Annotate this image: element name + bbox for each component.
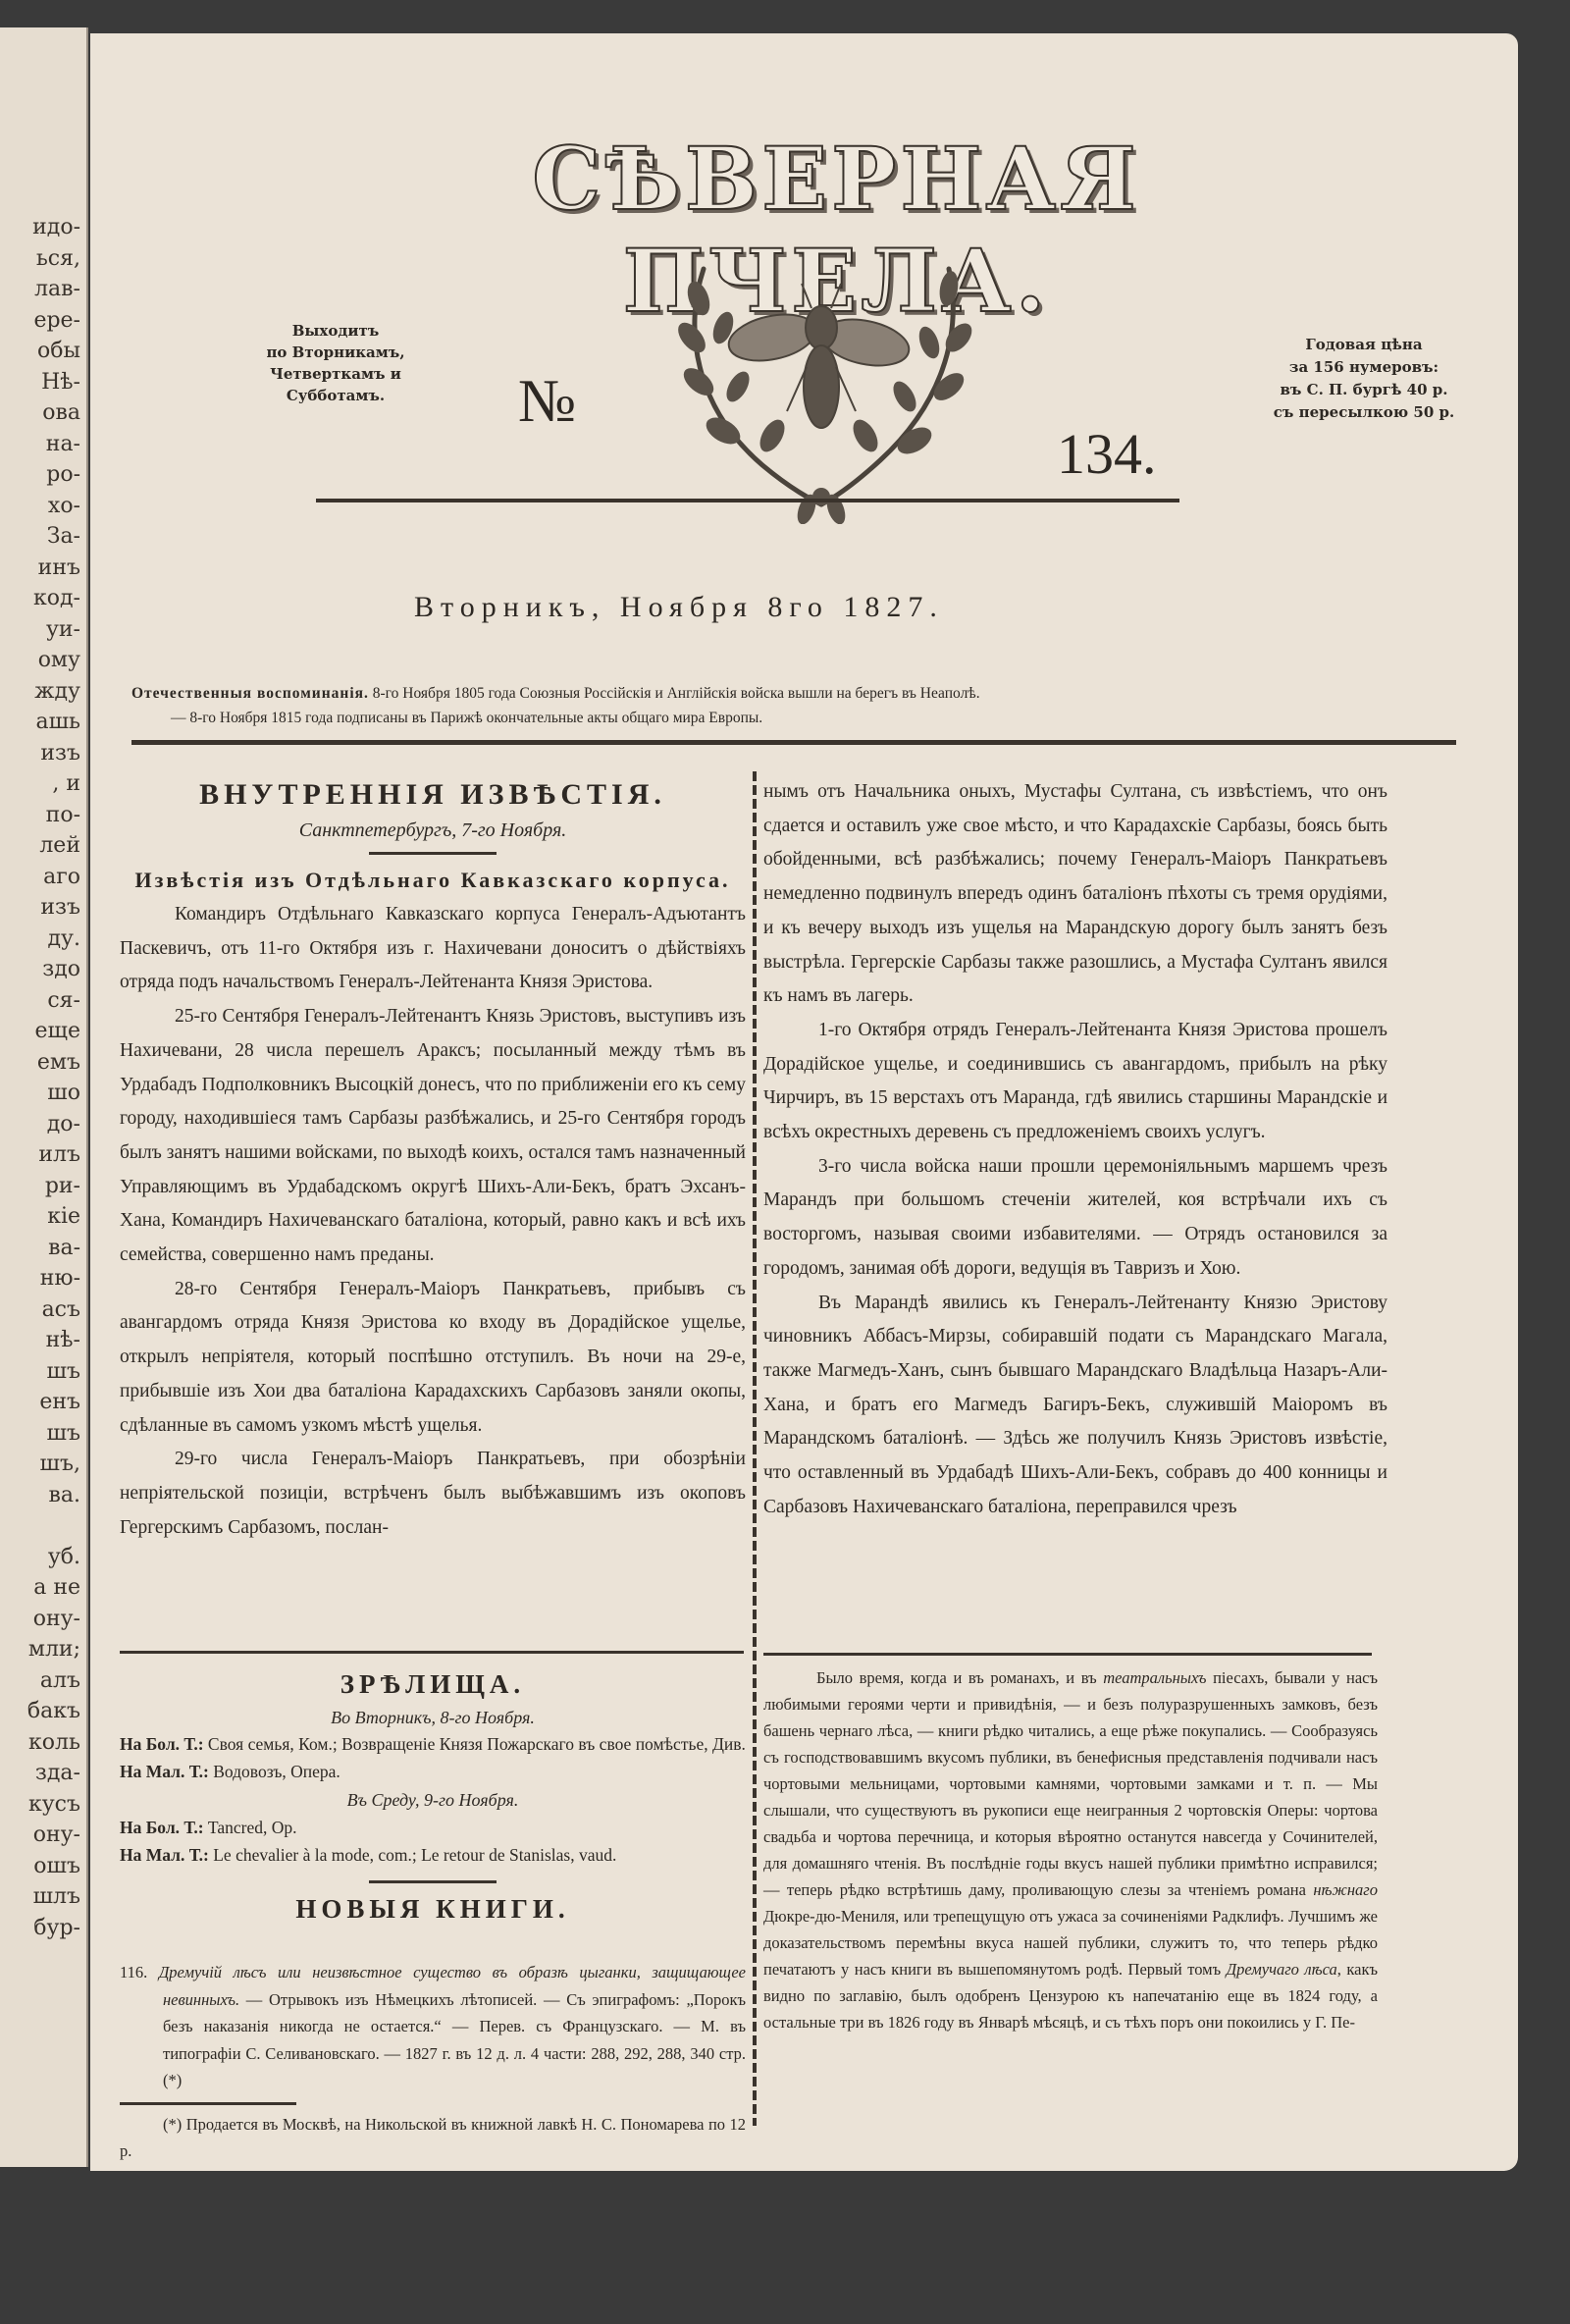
previous-page-line: обы xyxy=(0,336,86,367)
previous-page-line: шъ xyxy=(0,1356,86,1388)
previous-page-line: здо xyxy=(0,954,86,985)
venue: На Бол. Т.: xyxy=(120,1734,204,1754)
previous-page-line: кусъ xyxy=(0,1789,86,1821)
previous-page-line: а не xyxy=(0,1572,86,1604)
previous-page-line: , и xyxy=(0,768,86,800)
price-line: въ С. П. бургѣ 40 р. xyxy=(1256,379,1472,401)
previous-page-line: лав- xyxy=(0,274,86,305)
previous-page-line: ому xyxy=(0,645,86,676)
previous-page-line: ри- xyxy=(0,1171,86,1202)
review-text: Было время, когда и въ романахъ, и въ xyxy=(816,1668,1103,1687)
memorial-text-2: — 8-го Ноября 1815 года подписаны въ Пар… xyxy=(131,706,1446,730)
theatre-row: На Мал. Т.: Водовозъ, Опера. xyxy=(120,1759,746,1786)
previous-page-line: ва. xyxy=(0,1480,86,1511)
price-line: Годовая цѣна xyxy=(1256,334,1472,356)
review-italic: Дремучаго лѣса xyxy=(1227,1960,1337,1979)
article-paragraph: Командиръ Отдѣльнаго Кавказскаго корпуса… xyxy=(120,898,746,1000)
previous-page-line: кіе xyxy=(0,1201,86,1233)
previous-page-line: шъ, xyxy=(0,1449,86,1480)
theatre-row: На Бол. Т.: Своя семья, Ком.; Возвращені… xyxy=(120,1731,746,1759)
previous-page-line: алъ xyxy=(0,1665,86,1697)
previous-page-line: бакъ xyxy=(0,1696,86,1727)
review-text: піесахъ, бывали у насъ любимыми героями … xyxy=(763,1668,1378,1899)
program: Tancred, Op. xyxy=(208,1818,297,1837)
review-italic: театральныхъ xyxy=(1103,1668,1206,1687)
book-footnote: (*) Продается въ Москвѣ, на Никольской в… xyxy=(120,2111,746,2165)
article-paragraph: 1-го Октября отрядъ Генералъ-Лейтенанта … xyxy=(763,1014,1387,1150)
previous-page-line: шъ xyxy=(0,1418,86,1450)
previous-page-line: уб. xyxy=(0,1542,86,1573)
previous-page-line: ошъ xyxy=(0,1851,86,1882)
venue: На Мал. Т.: xyxy=(120,1845,209,1865)
previous-page-line: до- xyxy=(0,1109,86,1140)
previous-page-line: ню- xyxy=(0,1263,86,1294)
previous-page-line: ону- xyxy=(0,1604,86,1635)
short-rule xyxy=(369,1880,497,1883)
left-column: ВНУТРЕННІЯ ИЗВѢСТІЯ. Санктпетербургъ, 7-… xyxy=(120,775,746,1545)
schedule-line: Выходитъ xyxy=(237,320,434,342)
section-rule xyxy=(131,740,1456,745)
previous-page-line: ова xyxy=(0,397,86,429)
previous-page-line: ду. xyxy=(0,924,86,955)
schedule-line: по Вторникамъ, xyxy=(237,342,434,363)
masthead-rule xyxy=(316,499,1179,502)
right-column: нымъ отъ Начальника оныхъ, Мустафы Султа… xyxy=(763,775,1387,1524)
memorial-notice: Отечественныя воспоминанія. 8-го Ноября … xyxy=(131,681,1446,730)
section-rule xyxy=(120,1651,744,1654)
previous-page-line: на- xyxy=(0,429,86,460)
previous-page-line: ере- xyxy=(0,305,86,337)
previous-page-text-lower: ню-асънѣ-шъенъшъшъ,ва. уб.а неону-мли;ал… xyxy=(0,1263,86,1943)
previous-page-line: изъ xyxy=(0,738,86,769)
previous-page-line: илъ xyxy=(0,1139,86,1171)
previous-page-line: еще xyxy=(0,1016,86,1047)
memorial-label: Отечественныя воспоминанія. xyxy=(131,685,369,702)
program: Своя семья, Ком.; Возвращеніе Князя Пожа… xyxy=(208,1734,746,1754)
schedule-line: Субботамъ. xyxy=(237,385,434,406)
book-details: — Отрывокъ изъ Нѣмецкихъ лѣтописей. — Съ… xyxy=(163,1990,746,2090)
theatre-heading: ЗРѢЛИЩА. xyxy=(120,1664,746,1704)
new-books-heading: НОВЫЯ КНИГИ. xyxy=(120,1889,746,1928)
previous-page-line: коль xyxy=(0,1727,86,1759)
new-books: 116. Дремучій лѣсъ или неизвѣстное сущес… xyxy=(120,1959,746,2165)
article-paragraph-continued: нымъ отъ Начальника оныхъ, Мустафы Султа… xyxy=(763,775,1387,1014)
theatre-row: На Мал. Т.: Le chevalier à la mode, com.… xyxy=(120,1842,746,1870)
previous-page-line: идо- xyxy=(0,212,86,243)
book-entry: 116. Дремучій лѣсъ или неизвѣстное сущес… xyxy=(120,1959,746,2094)
previous-page-line: енъ xyxy=(0,1387,86,1418)
theatre-listings: ЗРѢЛИЩА. Во Вторникъ, 8-го Ноября. На Бо… xyxy=(120,1664,746,1928)
previous-page-line: хо- xyxy=(0,491,86,522)
price-line: за 156 нумеровъ: xyxy=(1256,356,1472,379)
previous-page-line: За- xyxy=(0,521,86,553)
article-paragraph: 25-го Сентября Генералъ-Лейтенантъ Князь… xyxy=(120,1000,746,1273)
newspaper-page: СѢВЕРНАЯ ПЧЕЛА. Выходитъ по Вторникамъ, … xyxy=(90,33,1518,2171)
previous-page-line: шлъ xyxy=(0,1881,86,1913)
previous-page-line: аго xyxy=(0,862,86,893)
previous-page-line: изъ xyxy=(0,892,86,924)
review-italic: нѣжнаго xyxy=(1313,1880,1378,1899)
previous-page-line: бур- xyxy=(0,1913,86,1944)
previous-page-line: шо xyxy=(0,1078,86,1109)
program: Водовозъ, Опера. xyxy=(213,1762,340,1781)
article-heading: Извѣстія изъ Отдѣльнаго Кавказскаго корп… xyxy=(120,863,746,898)
previous-page-line: ься, xyxy=(0,243,86,275)
issue-number-sign: № xyxy=(518,367,576,437)
previous-page-line: по- xyxy=(0,800,86,831)
previous-page-line: нѣ- xyxy=(0,1325,86,1356)
publication-schedule: Выходитъ по Вторникамъ, Четверткамъ и Су… xyxy=(237,320,434,406)
previous-page-line: асъ xyxy=(0,1294,86,1326)
previous-page-text: идо-ься,лав-ере-обыНѣ-ована-ро-хо-За-инъ… xyxy=(0,27,86,1263)
previous-page-line xyxy=(0,1510,86,1542)
theatre-row: На Бол. Т.: Tancred, Op. xyxy=(120,1815,746,1842)
previous-page-line: мли; xyxy=(0,1634,86,1665)
domestic-news-heading: ВНУТРЕННІЯ ИЗВѢСТІЯ. xyxy=(120,775,746,815)
previous-page-line: ва- xyxy=(0,1233,86,1264)
issue-number: 134. xyxy=(1057,421,1157,487)
previous-page-line: уи- xyxy=(0,614,86,646)
issue-dateline: Вторникъ, Ноября 8го 1827. xyxy=(414,591,944,624)
book-number: 116. xyxy=(120,1963,147,1981)
column-divider xyxy=(753,771,757,2126)
previous-page-line: инъ xyxy=(0,553,86,584)
theatre-date: Въ Среду, 9-го Ноября. xyxy=(120,1785,746,1815)
previous-page-line: ашь xyxy=(0,707,86,738)
venue: На Бол. Т.: xyxy=(120,1818,204,1837)
article-paragraph: 3-го числа войска наши прошли церемоніял… xyxy=(763,1150,1387,1287)
price-line: съ пересылкою 50 р. xyxy=(1256,401,1472,424)
previous-page-line: ся- xyxy=(0,985,86,1017)
domestic-dateline: Санктпетербургъ, 7-го Ноября. xyxy=(120,815,746,846)
previous-page-line: емъ xyxy=(0,1047,86,1079)
schedule-line: Четверткамъ и xyxy=(237,363,434,385)
previous-page-line: ро- xyxy=(0,459,86,491)
previous-page-line: ону- xyxy=(0,1820,86,1851)
previous-page-line: лей xyxy=(0,830,86,862)
venue: На Мал. Т.: xyxy=(120,1762,209,1781)
program: Le chevalier à la mode, com.; Le retour … xyxy=(213,1845,616,1865)
theatre-date: Во Вторникъ, 8-го Ноября. xyxy=(120,1704,746,1731)
bee-wreath-icon xyxy=(664,239,978,524)
memorial-text-1: 8-го Ноября 1805 года Союзныя Россійскія… xyxy=(373,685,980,702)
article-paragraph: Въ Марандѣ явились къ Генералъ-Лейтенант… xyxy=(763,1287,1387,1525)
previous-page-line: зда- xyxy=(0,1758,86,1789)
previous-page-line: Нѣ- xyxy=(0,367,86,398)
previous-page-edge: идо-ься,лав-ере-обыНѣ-ована-ро-хо-За-инъ… xyxy=(0,27,88,2167)
previous-page-line: жду xyxy=(0,676,86,708)
previous-page-line: код- xyxy=(0,583,86,614)
review-paragraph: Было время, когда и въ романахъ, и въ те… xyxy=(763,1664,1378,2035)
article-paragraph: 29-го числа Генералъ-Маіоръ Панкратьевъ,… xyxy=(120,1443,746,1545)
section-rule xyxy=(763,1653,1372,1656)
subscription-price: Годовая цѣна за 156 нумеровъ: въ С. П. б… xyxy=(1256,334,1472,424)
article-paragraph: 28-го Сентября Генералъ-Маіоръ Панкратье… xyxy=(120,1273,746,1444)
footnote-rule xyxy=(120,2102,296,2105)
short-rule xyxy=(369,852,497,855)
book-review: Было время, когда и въ романахъ, и въ те… xyxy=(763,1664,1378,2035)
